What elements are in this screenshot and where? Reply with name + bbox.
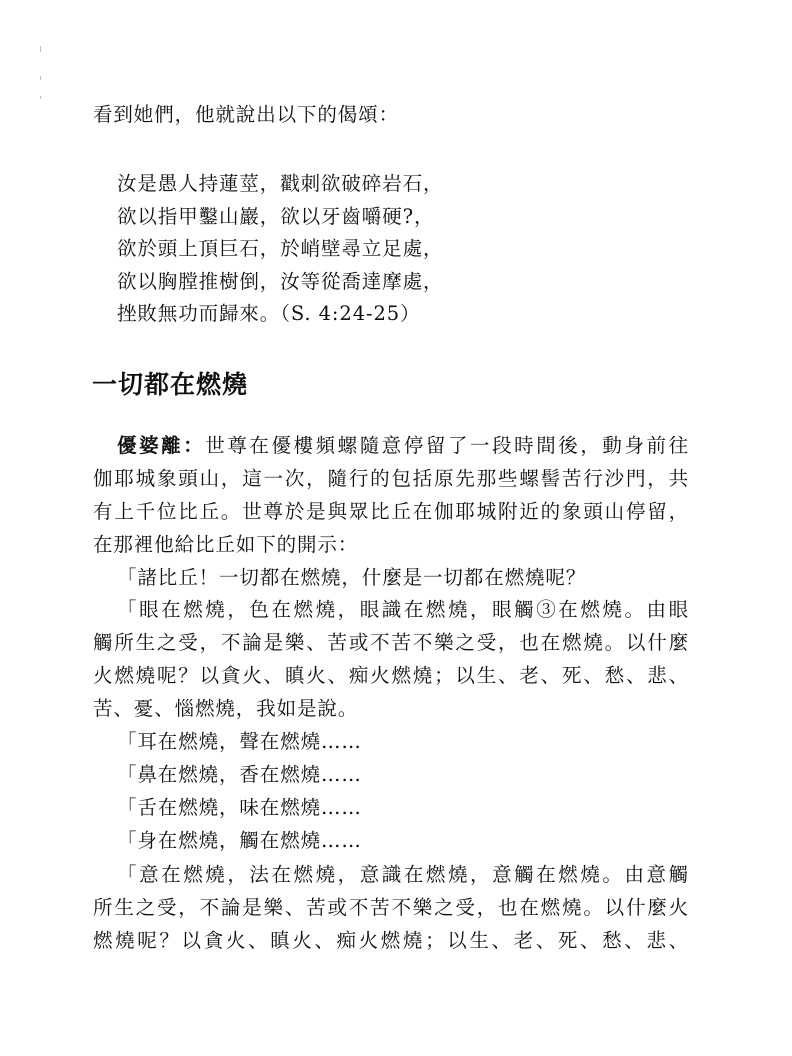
sermon-ear: 「耳在燃燒，聲在燃燒…… — [117, 730, 362, 754]
scan-artifact — [40, 46, 41, 52]
sermon-nose: 「鼻在燃燒，香在燃燒…… — [117, 763, 362, 787]
sermon-eye-line: 觸所生之受，不論是樂、苦或不苦不樂之受，也在燃燒。以什麼 — [93, 631, 689, 655]
sermon-mind-line: 燃燒呢？以貪火、瞋火、痴火燃燒；以生、老、死、愁、悲、 — [93, 929, 689, 953]
verse-line: 汝是愚人持蓮莖，戳刺欲破碎岩石， — [117, 172, 443, 196]
verse-line: 欲以胸膛推樹倒，汝等從喬達摩處， — [117, 270, 443, 294]
sermon-mind-line: 「意在燃燒，法在燃燒，意識在燃燒，意觸在燃燒。由意觸 — [117, 863, 689, 887]
verse-line: 欲於頭上頂巨石，於峭壁尋立足處， — [117, 237, 443, 261]
paragraph-line: 在那裡他給比丘如下的開示： — [93, 533, 358, 557]
sermon-opening: 「諸比丘！一切都在燃燒，什麼是一切都在燃燒呢？ — [117, 566, 586, 590]
verse-line: 欲以指甲鑿山巖，欲以牙齒嚼硬?， — [117, 205, 434, 229]
scan-artifact — [40, 96, 41, 99]
speaker-label: 優婆離： — [117, 434, 205, 457]
sermon-eye-line: 苦、憂、惱燃燒，我如是說。 — [93, 697, 358, 721]
intro-text: 看到她們，他就說出以下的偈頌： — [93, 103, 399, 127]
sermon-body: 「身在燃燒，觸在燃燒…… — [117, 829, 362, 853]
paragraph-line: 有上千位比丘。世尊於是與眾比丘在伽耶城附近的象頭山停留， — [93, 500, 689, 524]
paragraph-line: 優婆離：世尊在優樓頻螺隨意停留了一段時間後，動身前往 — [117, 434, 689, 458]
section-heading: 一切都在燃燒 — [92, 365, 248, 401]
verse-line: 挫敗無功而歸來。（S. 4:24-25） — [117, 302, 421, 326]
sermon-mind-line: 所生之受，不論是樂、苦或不苦不樂之受，也在燃燒。以什麼火 — [93, 896, 689, 920]
sermon-eye-line: 「眼在燃燒，色在燃燒，眼識在燃燒，眼觸③在燃燒。由眼 — [117, 598, 689, 622]
sermon-tongue: 「舌在燃燒，味在燃燒…… — [117, 796, 362, 820]
paragraph-line: 伽耶城象頭山，這一次，隨行的包括原先那些螺髻苦行沙門，共 — [93, 467, 689, 491]
sermon-eye-line: 火燃燒呢？以貪火、瞋火、痴火燃燒；以生、老、死、愁、悲、 — [93, 664, 689, 688]
scan-artifact — [40, 76, 41, 80]
